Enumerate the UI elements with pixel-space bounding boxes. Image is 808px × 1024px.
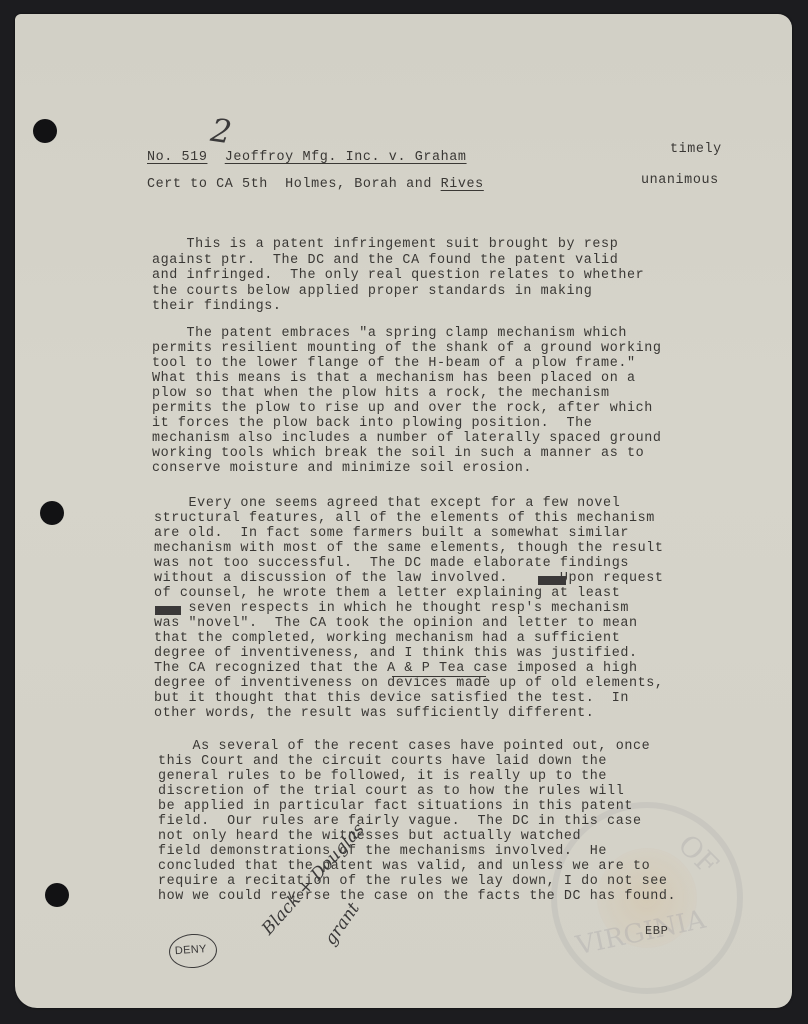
author-initials: EBP: [645, 924, 668, 940]
punch-hole: [40, 501, 64, 525]
struck-out-text: [155, 606, 181, 615]
cert-text: Cert to CA 5th Holmes, Borah and: [147, 177, 441, 192]
text-line: field demonstrations of the mechanisms i…: [158, 844, 607, 860]
handwritten-mark: 2: [208, 111, 233, 151]
text-line: As several of the recent cases have poin…: [158, 739, 650, 755]
text-line: This is a patent infringement suit broug…: [152, 237, 618, 253]
case-title: Jeoffroy Mfg. Inc. v. Graham: [225, 150, 467, 165]
text-line: tool to the lower flange of the H-beam o…: [152, 356, 636, 372]
case-number: No. 519: [147, 150, 207, 165]
text-line: conserve moisture and minimize soil eros…: [152, 461, 532, 477]
text-line: of counsel, he wrote them a letter expla…: [154, 586, 620, 602]
punch-hole: [45, 883, 69, 907]
struck-out-text: [538, 576, 566, 585]
punch-hole: [33, 119, 57, 143]
text-line: field. Our rules are fairly vague. The D…: [158, 814, 642, 830]
deny-vote-circled: DENY: [168, 932, 218, 969]
text-line: are old. In fact some farmers built a so…: [154, 526, 629, 542]
text-line: that the completed, working mechanism ha…: [154, 631, 620, 647]
text-line: degree of inventiveness on devices made …: [154, 676, 664, 692]
text-line: and infringed. The only real question re…: [152, 268, 644, 284]
text-line: permits the plow to rise up and over the…: [152, 401, 653, 417]
text-line: was not too successful. The DC made elab…: [154, 556, 629, 572]
text-line: permits resilient mounting of the shank …: [152, 341, 662, 357]
text-line: the courts below applied proper standard…: [152, 284, 592, 300]
text-line: other words, the result was sufficiently…: [154, 706, 594, 722]
text-line: mechanism also includes a number of late…: [152, 431, 662, 447]
judge-underlined: Rives: [441, 177, 484, 192]
text-line: discretion of the trial court as to how …: [158, 784, 624, 800]
text-line: be applied in particular fact situations…: [158, 799, 633, 815]
text-line: their findings.: [152, 299, 282, 315]
text-line: What this means is that a mechanism has …: [152, 371, 636, 387]
status-timely: timely: [670, 142, 722, 158]
text-line: was "novel". The CA took the opinion and…: [154, 616, 638, 632]
text-line: The CA recognized that the A & P Tea cas…: [154, 661, 638, 677]
case-header: No. 519 Jeoffroy Mfg. Inc. v. Graham: [147, 150, 467, 166]
handwritten-note-line2: grant: [321, 899, 364, 949]
text-line: it forces the plow back into plowing pos…: [152, 416, 592, 432]
text-line: seven respects in which he thought resp'…: [154, 601, 629, 617]
text-line: mechanism with most of the same elements…: [154, 541, 664, 557]
cert-line: Cert to CA 5th Holmes, Borah and Rives: [147, 177, 484, 193]
text-line: concluded that the patent was valid, and…: [158, 859, 650, 875]
text-line: degree of inventiveness, and I think thi…: [154, 646, 638, 662]
text-line: structural features, all of the elements…: [154, 511, 655, 527]
text-line: not only heard the witnesses but actuall…: [158, 829, 581, 845]
status-unanimous: unanimous: [641, 173, 719, 189]
memo-page: OF VIRGINIA 2 No. 519 Jeoffroy Mfg. Inc.…: [15, 14, 792, 1008]
text-line: this Court and the circuit courts have l…: [158, 754, 607, 770]
text-line: plow so that when the plow hits a rock, …: [152, 386, 610, 402]
text-line: against ptr. The DC and the CA found the…: [152, 253, 618, 269]
text-line: how we could reverse the case on the fac…: [158, 889, 676, 905]
text-line: without a discussion of the law involved…: [154, 571, 664, 587]
text-line: Every one seems agreed that except for a…: [154, 496, 620, 512]
text-line: but it thought that this device satisfie…: [154, 691, 629, 707]
deny-label: DENY: [175, 943, 208, 957]
text-line: require a recitation of the rules we lay…: [158, 874, 668, 890]
text-line: general rules to be followed, it is real…: [158, 769, 607, 785]
text-line: working tools which break the soil in su…: [152, 446, 644, 462]
text-line: The patent embraces "a spring clamp mech…: [152, 326, 627, 342]
